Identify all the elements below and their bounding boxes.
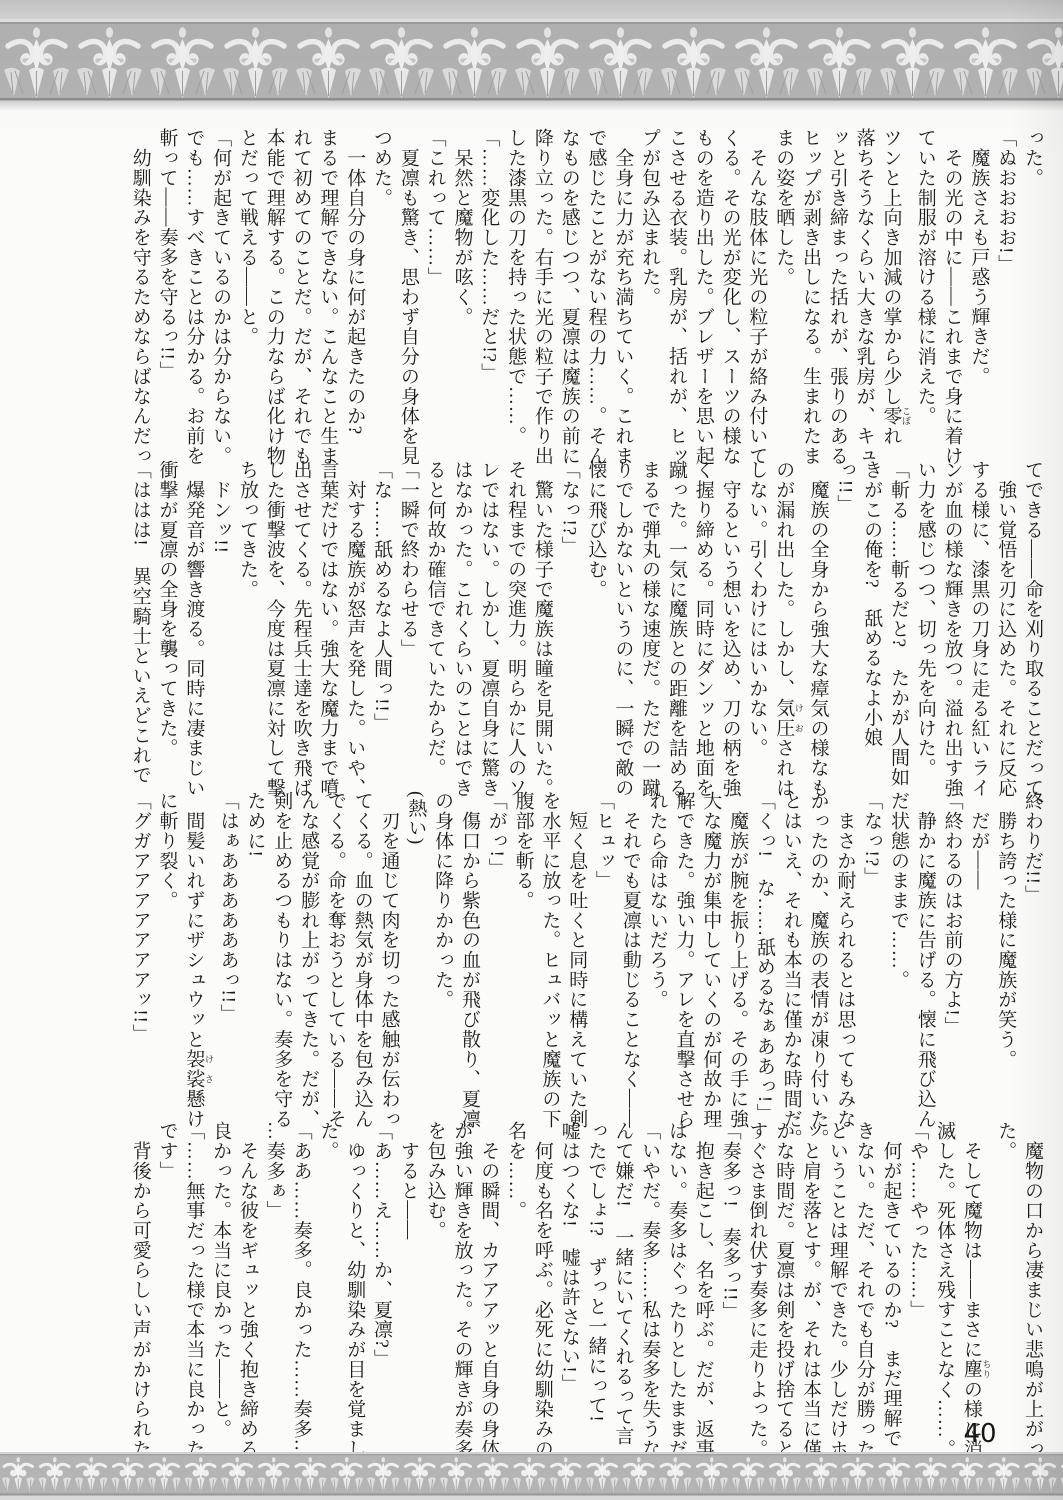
text-column: 幼馴染みを守るためならばなんだっ	[126, 128, 153, 450]
text-band-1: った。「ぬおおおお!」 魔族さえも戸惑う輝きだ。 その光の中に——これまで身に着…	[133, 128, 1045, 450]
text-column: 名を……。	[501, 1121, 528, 1443]
text-column: 剣を止めるつもりはない。奏多を守る	[267, 791, 294, 1113]
text-band-3: 終わりだ!!」 勝ち誇った様に魔族が笑う。 だが——「終わるのはお前の方よ!」 …	[133, 791, 1045, 1113]
text-column: 「はぁああああああっ!!」	[214, 791, 241, 1113]
text-column: 傷口から紫色の血が飛び散り、夏凛	[455, 791, 482, 1113]
text-column: 呆然と魔物が呟く。	[448, 128, 475, 450]
text-column: 「くっ! な……舐めるなぁああっ!」	[750, 791, 777, 1113]
text-column: …奏多ぁ」	[260, 1121, 287, 1443]
text-column: のが漏れ出した。しかし、気圧けおされは	[769, 460, 803, 782]
text-column: んて嫌だ! 一緒にいてくれるって言	[609, 1121, 636, 1443]
text-column: くる。その光が変化し、スーツの様な	[716, 128, 743, 450]
text-column: た。	[991, 1121, 1018, 1443]
text-column: なものを感じつつ、夏凛は魔族の前に	[555, 128, 582, 450]
text-column: れたら命はないだろう。	[643, 791, 670, 1113]
text-column: レではない。しかし、夏凛自身に驚き	[474, 460, 501, 782]
text-column: が強い輝きを放った。その輝きが奏多	[448, 1121, 475, 1443]
text-column: 「……変化した……だと!?」	[474, 128, 501, 450]
text-column: そんな肢体に光の粒子が絡み付いて	[743, 128, 770, 450]
text-column: れて初めてのことだ。だが、それでも	[287, 128, 314, 450]
text-column: それでも夏凛は動じることなく——	[616, 791, 643, 1113]
text-column: 夏凛も驚き、思わず自分の身体を見	[394, 128, 421, 450]
text-column: 「終わるのはお前の方よ!」	[938, 791, 965, 1113]
text-column: ものを造り出した。ブレザーを思い起	[689, 128, 716, 450]
text-column: く握り締める。同時にダンッと地面を	[689, 460, 716, 782]
text-column: ヒップが剥き出しになる。生まれたま	[796, 128, 823, 450]
text-column: 魔族さえも戸惑う輝きだ。	[965, 128, 992, 450]
text-column: 落ちそうなくらい大きな乳房が、キュ	[850, 128, 877, 450]
text-column: すぐさま倒れ伏す奏多に走りよった。	[743, 1121, 770, 1443]
text-column: 「がっ!」	[482, 791, 509, 1113]
text-column: です」	[153, 1121, 180, 1443]
text-column: 背後から可愛らしい声がかけられた	[126, 1121, 153, 1443]
text-column: だ状態のままで……。	[884, 791, 911, 1113]
text-column: 出させてくる。先程兵士達を吹き飛ば	[287, 460, 314, 782]
text-column: ゆっくりと、幼馴染みが目を覚まし	[340, 1121, 367, 1443]
ornamental-border-top	[0, 0, 1063, 110]
text-column: だが——	[965, 791, 992, 1113]
text-column: 「や……やった……」	[903, 1121, 930, 1443]
text-column: 「……無事だった様で本当に良かった	[180, 1121, 207, 1443]
text-column: とはいえ、それも本当に僅かな時間だ。	[777, 791, 804, 1113]
text-column: まるで理解できない。こんなこと生ま	[314, 128, 341, 450]
text-column: 勝ち誇った様に魔族が笑う。	[991, 791, 1018, 1113]
text-column: 間髪いれずにザシュウッと袈裟けさ懸け	[180, 791, 214, 1113]
text-column: 解できた。強い力。アレを直撃させら	[670, 791, 697, 1113]
text-column: とだって戦える——と。	[233, 128, 260, 450]
text-column: 言葉だけではない。強大な魔力まで噴	[314, 460, 341, 782]
text-column: ンが血の様な輝きを放つ。溢れ出す強	[938, 460, 965, 782]
text-column: 爆発音が響き渡る。同時に凄まじい	[180, 460, 207, 782]
text-column: 本能で理解する。この力ならば化け物	[260, 128, 287, 450]
text-column: 魔族が腕を振り上げる。その手に強	[723, 791, 750, 1113]
novel-page: { "page": { "number": "40" }, "colors": …	[0, 0, 1063, 1500]
text-column: た。	[314, 1121, 341, 1443]
text-column: 「なっ!?」	[857, 791, 884, 1113]
text-column: ち放ってきた。	[233, 460, 260, 782]
text-column: プが包み込まれた。	[635, 128, 662, 450]
text-column: 驚いた様子で魔族は瞳を見開いた。	[528, 460, 555, 782]
text-column: その光の中に——これまで身に着け	[938, 128, 965, 450]
text-column: を水平に放った。ヒュバッと魔族の下	[536, 791, 563, 1113]
text-column: しない。引くわけにはいかない。	[743, 460, 770, 782]
text-band-4: 魔物の口から凄まじい悲鳴が上がった。 そして魔物は——まさに塵ちりの様に消滅した…	[133, 1121, 1045, 1443]
text-column: 魔物の口から凄まじい悲鳴が上がっ	[1018, 1121, 1045, 1443]
text-column: そして魔物は——まさに塵ちりの様に消	[957, 1121, 991, 1443]
text-column: つめた。	[367, 128, 394, 450]
text-column: ッと引き締まった括れが、張りのある	[823, 128, 850, 450]
text-band-2: てできる——命を刈り取ることだって。 強い覚悟を刃に込めた。それに反応する様に、…	[133, 460, 1045, 782]
text-column: りでしかないというのに、一瞬で敵の	[609, 460, 636, 782]
text-column: かな時間だ。夏凛は剣を投げ捨てると、	[769, 1121, 796, 1443]
text-column: ていた制服が溶ける様に消えた。	[911, 128, 938, 450]
text-column: 強い覚悟を刃に込めた。それに反応	[991, 460, 1018, 782]
text-column: した漆黒の刀を持った状態で……。	[501, 128, 528, 450]
text-column: 全身に力が充ち満ちていく。これま	[609, 128, 636, 450]
text-column: の身体に降りかかった。	[428, 791, 455, 1113]
text-column: (熱い)	[402, 791, 429, 1113]
text-column: 斬って——奏多を守るっ!!」	[153, 128, 180, 450]
text-column: 「なっ!?」	[555, 460, 582, 782]
text-column: きない。ただ、それでも自分が勝った	[850, 1121, 877, 1443]
text-column: 「何が起きているのかは分からない。	[206, 128, 233, 450]
text-column: 対する魔族が怒声を発した。いや、	[340, 460, 367, 782]
ornamental-border-bottom	[0, 1452, 1063, 1500]
text-column: 「いやだ。奏多……私は奏多を失うな	[635, 1121, 662, 1443]
text-column: まの姿を晒した。	[769, 128, 796, 450]
text-column: そんな彼をギュッと強く抱き締める。	[233, 1121, 260, 1443]
text-column: ツンと上向き加減の掌から少し零こぼれ	[877, 128, 911, 450]
text-column: ったでしょ!? ずっと一緒にって!	[582, 1121, 609, 1443]
text-column: に斬り裂く。	[153, 791, 180, 1113]
text-column: で感じたことがない程の力……。そん	[582, 128, 609, 450]
text-column: 大な魔力が集中していくのが何故か理	[696, 791, 723, 1113]
text-column: 降り立った。右手に光の粒子で作り出	[528, 128, 555, 450]
page-number: 40	[952, 1419, 1008, 1449]
text-column: すると——	[394, 1121, 421, 1443]
text-column: ドンッ!!	[206, 460, 233, 782]
text-column: っ!!」	[831, 460, 858, 782]
text-column: てくる。血の熱気が身体中を包み込ん	[348, 791, 375, 1113]
text-column: でも……すべきことは分かる。お前を	[180, 128, 207, 450]
text-column: を包み込む。	[421, 1121, 448, 1443]
text-column: ために!	[241, 791, 268, 1113]
text-column: 「ははは! 異空騎士といえどこれで	[126, 460, 153, 782]
text-column: 刃を通じて肉を切った感触が伝わっ	[375, 791, 402, 1113]
text-column: する様に、漆黒の刀身に走る紅いライ	[965, 460, 992, 782]
text-column: 「な……舐めるなよ人間っ!!」	[367, 460, 394, 782]
text-column: 良かった。本当に良かった——と。	[206, 1121, 233, 1443]
text-column: 何が起きているのか? まだ理解で	[877, 1121, 904, 1443]
text-column: 守るという想いを込め、刀の柄を強	[716, 460, 743, 782]
text-column: 一体自分の身に何が起きたのか?	[340, 128, 367, 450]
text-column: ッと肩を落とす。が、それは本当に僅	[796, 1121, 823, 1443]
text-column: 「ヒュッ」	[589, 791, 616, 1113]
text-column: 魔族の全身から強大な瘴気の様なも	[804, 460, 831, 782]
text-column: んな感覚が膨れ上がってきた。だが、	[294, 791, 321, 1113]
text-column: 「ああ……奏多。良かった……奏多…	[287, 1121, 314, 1443]
text-column: 腹部を斬る。	[509, 791, 536, 1113]
text-column: その瞬間、カアアアッと自身の身体	[474, 1121, 501, 1443]
text-column: 蹴った。一気に魔族との距離を詰める。	[662, 460, 689, 782]
text-column: かったのか、魔族の表情が凍り付いた。	[804, 791, 831, 1113]
text-column: 衝撃が夏凛の全身を襲ってきた。	[153, 460, 180, 782]
text-column: まさか耐えられるとは思ってもみな	[831, 791, 858, 1113]
text-column: 何度も名を呼ぶ。必死に幼馴染みの	[528, 1121, 555, 1443]
text-column: 「あ……え……か、夏凛?」	[367, 1121, 394, 1443]
text-column: 懐に飛び込む。	[582, 460, 609, 782]
text-column: 終わりだ!!」	[1018, 791, 1045, 1113]
text-column: 「奏多っ! 奏多っ!!」	[716, 1121, 743, 1443]
text-column: 「グガアアアアアアアッ!!」	[126, 791, 153, 1113]
text-column: 「斬る……斬るだと? たかが人間如	[884, 460, 911, 782]
text-column: 静かに魔族に告げる。懐に飛び込ん	[911, 791, 938, 1113]
text-column: はない。奏多はぐったりとしたままだ。	[662, 1121, 689, 1443]
text-column: 「ぬおおおお!」	[991, 128, 1018, 450]
text-column: それ程までの突進力。明らかに人のソ	[501, 460, 528, 782]
text-column: 抱き起こし、名を呼ぶ。だが、返事	[689, 1121, 716, 1443]
text-column: 「一瞬で終わらせる」	[394, 460, 421, 782]
text-column: した衝撃波を、今度は夏凛に対して撃	[260, 460, 287, 782]
text-column: い力を感じつつ、切っ先を向けた。	[911, 460, 938, 782]
text-column: ると何故か確信できていたからだ。	[421, 460, 448, 782]
text-column: 短く息を吐くと同時に構えていた剣	[562, 791, 589, 1113]
text-column: はなかった。これくらいのことはでき	[448, 460, 475, 782]
text-column: まるで弾丸の様な速度だ。ただの一蹴	[635, 460, 662, 782]
text-column: 「これって……」	[421, 128, 448, 450]
text-column: でくる。命を奪おうとしている——そ	[321, 791, 348, 1113]
text-column: てできる——命を刈り取ることだって。	[1018, 460, 1045, 782]
text-column: ということは理解できた。少しだけホ	[823, 1121, 850, 1443]
text-column: きがこの俺を? 舐めるなよ小娘	[857, 460, 884, 782]
text-column: こさせる衣装。乳房が、括れが、ヒッ	[662, 128, 689, 450]
text-column: 滅した。死体さえ残すことなく……。	[930, 1121, 957, 1443]
text-column: った。	[1018, 128, 1045, 450]
text-column: 嘘はつくな! 嘘は許さない!」	[555, 1121, 582, 1443]
